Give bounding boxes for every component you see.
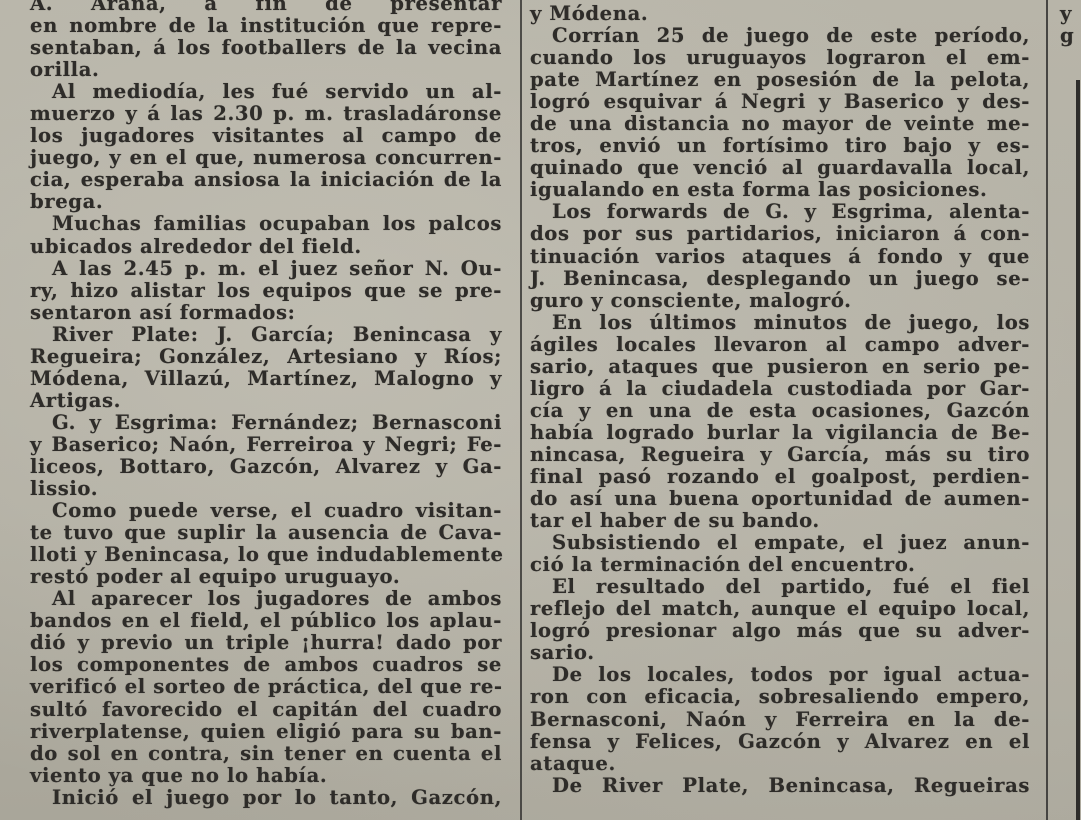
- text-line: En los últimos minutos de juego, los: [530, 312, 1030, 334]
- newspaper-page: A. Arana, á fin de presentaren nombre de…: [0, 0, 1081, 820]
- text-line: ron con eficacia, sobresaliendo empero,: [530, 686, 1030, 708]
- text-line: quinado que venció al guardavalla local,: [530, 157, 1030, 179]
- column-divider-left: [520, 0, 522, 820]
- article-column-left: A. Arana, á fin de presentaren nombre de…: [30, 0, 502, 809]
- text-line: igualando en esta forma las posiciones.: [530, 179, 1030, 201]
- text-line: cía y en una de esta ocasiones, Gazcón: [530, 400, 1030, 422]
- text-line: liceos, Bottaro, Gazcón, Alvarez y Ga-: [30, 456, 502, 478]
- text-line: Corrían 25 de juego de este período,: [530, 25, 1030, 47]
- text-line: sario.: [530, 642, 1030, 664]
- text-line: ció la terminación del encuentro.: [530, 554, 1030, 576]
- text-line: Bernasconi, Naón y Ferreira en la de-: [530, 709, 1030, 731]
- text-line: River Plate: J. García; Benincasa y: [30, 324, 502, 346]
- text-line: tar el haber de su bando.: [530, 510, 1030, 532]
- text-line: lissio.: [30, 478, 502, 500]
- text-line: Muchas familias ocupaban los palcos: [30, 213, 502, 235]
- text-line: Subsistiendo el empate, el juez anun-: [530, 532, 1030, 554]
- text-line: J. Benincasa, desplegando un juego se-: [530, 268, 1030, 290]
- column-border-far-right: [1076, 80, 1080, 820]
- text-line: logró presionar algo más que su adver-: [530, 620, 1030, 642]
- text-line: A. Arana, á fin de presentar: [30, 0, 502, 15]
- text-line: Como puede verse, el cuadro visitan-: [30, 500, 502, 522]
- text-line: los componentes de ambos cuadros se: [30, 654, 502, 676]
- text-line: pate Martínez en posesión de la pelota,: [530, 69, 1030, 91]
- text-line: A las 2.45 p. m. el juez señor N. Ou-: [30, 258, 502, 280]
- text-line: Los forwards de G. y Esgrima, alenta-: [530, 201, 1030, 223]
- text-line: los jugadores visitantes al campo de: [30, 125, 502, 147]
- text-line: nincasa, Regueira y García, más su tiro: [530, 444, 1030, 466]
- text-line: tinuación varios ataques á fondo y que: [530, 246, 1030, 268]
- text-line: De los locales, todos por igual actua-: [530, 664, 1030, 686]
- text-line: sultó favorecido el capitán del cuadro: [30, 699, 502, 721]
- text-line: ubicados alrededor del field.: [30, 236, 502, 258]
- text-line: en nombre de la institución que repre-: [30, 15, 502, 37]
- text-line: logró esquivar á Negri y Baserico y des-: [530, 91, 1030, 113]
- text-line: de una distancia no mayor de veinte me-: [530, 113, 1030, 135]
- text-line: Inició el juego por lo tanto, Gazcón,: [30, 787, 502, 809]
- article-column-right-fragment: yg: [1060, 3, 1081, 47]
- text-line: riverplatense, quien eligió para su ban-: [30, 721, 502, 743]
- text-line: restó poder al equipo uruguayo.: [30, 566, 502, 588]
- text-line: dos por sus partidarios, iniciaron á con…: [530, 223, 1030, 245]
- text-line: dió y previo un triple ¡hurra! dado por: [30, 632, 502, 654]
- text-line: ataque.: [530, 753, 1030, 775]
- text-line: Regueira; González, Artesiano y Ríos;: [30, 346, 502, 368]
- text-line: do sol en contra, sin tener en cuenta el: [30, 743, 502, 765]
- text-line: verificó el sorteo de práctica, del que …: [30, 676, 502, 698]
- text-line: ry, hizo alistar los equipos que se pre-: [30, 280, 502, 302]
- text-line: Módena, Villazú, Martínez, Malogno y: [30, 368, 502, 390]
- text-line: El resultado del partido, fué el fiel: [530, 576, 1030, 598]
- text-line: tros, envió un fortísimo tiro bajo y es-: [530, 135, 1030, 157]
- text-line: De River Plate, Benincasa, Regueiras: [530, 775, 1030, 797]
- text-line: Al mediodía, les fué servido un al-: [30, 81, 502, 103]
- text-line: sentaban, á los footballers de la vecina: [30, 37, 502, 59]
- column-divider-right: [1046, 0, 1048, 820]
- text-line: y: [1060, 3, 1081, 25]
- text-line: fensa y Felices, Gazcón y Alvarez en el: [530, 731, 1030, 753]
- text-line: muerzo y á las 2.30 p. m. trasladáronse: [30, 103, 502, 125]
- text-line: G. y Esgrima: Fernández; Bernasconi: [30, 412, 502, 434]
- text-line: Artigas.: [30, 390, 502, 412]
- text-line: ligro á la ciudadela custodiada por Gar-: [530, 378, 1030, 400]
- text-line: sario, ataques que pusieron en serio pe-: [530, 356, 1030, 378]
- text-line: viento ya que no lo había.: [30, 765, 502, 787]
- text-line: juego, y en el que, numerosa concurren-: [30, 147, 502, 169]
- text-line: había logrado burlar la vigilancia de Be…: [530, 422, 1030, 444]
- text-line: cuando los uruguayos lograron el em-: [530, 47, 1030, 69]
- text-line: cia, esperaba ansiosa la iniciación de l…: [30, 169, 502, 191]
- text-line: orilla.: [30, 59, 502, 81]
- text-line: y Baserico; Naón, Ferreiroa y Negri; Fe-: [30, 434, 502, 456]
- text-line: final pasó rozando el goalpost, perdien-: [530, 466, 1030, 488]
- text-line: g: [1060, 25, 1081, 47]
- text-line: te tuvo que suplir la ausencia de Cava-: [30, 522, 502, 544]
- text-line: do así una buena oportunidad de aumen-: [530, 488, 1030, 510]
- text-line: Al aparecer los jugadores de ambos: [30, 588, 502, 610]
- article-column-middle: y Módena.Corrían 25 de juego de este per…: [530, 3, 1030, 797]
- text-line: guro y consciente, malogró.: [530, 290, 1030, 312]
- text-line: brega.: [30, 191, 502, 213]
- text-line: y Módena.: [530, 3, 1030, 25]
- text-line: reflejo del match, aunque el equipo loca…: [530, 598, 1030, 620]
- text-line: bandos en el field, el público los aplau…: [30, 610, 502, 632]
- text-line: sentaron así formados:: [30, 302, 502, 324]
- text-line: ágiles locales llevaron al campo adver-: [530, 334, 1030, 356]
- text-line: lloti y Benincasa, lo que indudablemente: [30, 544, 502, 566]
